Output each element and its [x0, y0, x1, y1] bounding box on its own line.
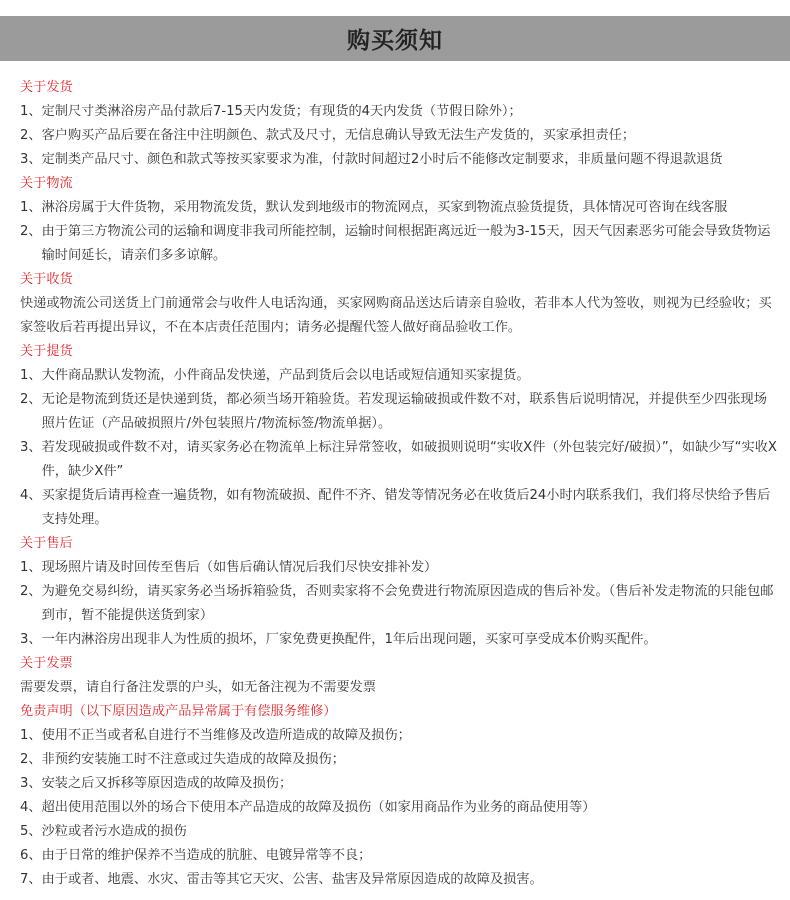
section-title: 关于物流: [20, 172, 780, 196]
item-number: 4、: [20, 484, 42, 532]
item-number: 3、: [20, 772, 42, 796]
list-item: 7、由于或者、地震、水灾、雷击等其它天灾、公害、盐害及异常原因造成的故障及损害。: [20, 868, 780, 892]
page-title: 购买须知: [347, 22, 443, 55]
list-item: 2、客户购买产品后要在备注中注明颜色、款式及尺寸，无信息确认导致无法生产发货的，…: [20, 124, 780, 148]
item-text: 无论是物流到货还是快递到货，都必须当场开箱验货。若发现运输破损或件数不对，联系售…: [42, 388, 780, 436]
section-title: 关于发货: [20, 76, 780, 100]
item-number: 2、: [20, 748, 42, 772]
section-title: 关于提货: [20, 340, 780, 364]
item-number: 7、: [20, 868, 42, 892]
section-title: 免责声明（以下原因造成产品异常属于有偿服务维修）: [20, 700, 780, 724]
section-title: 关于发票: [20, 652, 780, 676]
section-after-sales: 关于售后 1、现场照片请及时回传至售后（如售后确认情况后我们尽快安排补发） 2、…: [20, 532, 780, 652]
item-number: 2、: [20, 220, 42, 268]
item-number: 4、: [20, 796, 42, 820]
item-number: 5、: [20, 820, 42, 844]
section-pickup: 关于提货 1、大件商品默认发物流，小件商品发快递，产品到货后会以电话或短信通知买…: [20, 340, 780, 532]
item-number: 2、: [20, 388, 42, 436]
list-item: 3、定制类产品尺寸、颜色和款式等按买家要求为准，付款时间超过2小时后不能修改定制…: [20, 148, 780, 172]
list-item: 3、一年内淋浴房出现非人为性质的损坏，厂家免费更换配件，1年后出现问题，买家可享…: [20, 628, 780, 652]
item-number: 1、: [20, 724, 42, 748]
item-number: 3、: [20, 436, 42, 484]
list-item: 1、大件商品默认发物流，小件商品发快递，产品到货后会以电话或短信通知买家提货。: [20, 364, 780, 388]
item-text: 现场照片请及时回传至售后（如售后确认情况后我们尽快安排补发）: [42, 556, 780, 580]
section-title: 关于收货: [20, 268, 780, 292]
list-item: 4、超出使用范围以外的场合下使用本产品造成的故障及损伤（如家用商品作为业务的商品…: [20, 796, 780, 820]
item-text: 为避免交易纠纷，请买家务必当场拆箱验货，否则卖家将不会免费进行物流原因造成的售后…: [42, 580, 780, 628]
list-item: 2、由于第三方物流公司的运输和调度非我司所能控制，运输时间根据距离远近一般为3-…: [20, 220, 780, 268]
item-text: 由于日常的维护保养不当造成的肮脏、电镀异常等不良；: [42, 844, 780, 868]
item-text: 由于或者、地震、水灾、雷击等其它天灾、公害、盐害及异常原因造成的故障及损害。: [42, 868, 780, 892]
item-number: 1、: [20, 364, 42, 388]
item-text: 定制尺寸类淋浴房产品付款后7-15天内发货；有现货的4天内发货（节假日除外）；: [42, 100, 780, 124]
item-number: 1、: [20, 196, 42, 220]
item-number: 2、: [20, 580, 42, 628]
list-item: 3、若发现破损或件数不对，请买家务必在物流单上标注异常签收，如破损则说明“实收X…: [20, 436, 780, 484]
section-receiving: 关于收货 快递或物流公司送货上门前通常会与收件人电话沟通，买家网购商品送达后请亲…: [20, 268, 780, 340]
list-item: 1、定制尺寸类淋浴房产品付款后7-15天内发货；有现货的4天内发货（节假日除外）…: [20, 100, 780, 124]
title-banner: 购买须知: [0, 16, 790, 61]
list-item: 3、安装之后又拆移等原因造成的故障及损伤；: [20, 772, 780, 796]
item-number: 2、: [20, 124, 42, 148]
item-number: 3、: [20, 628, 42, 652]
list-item: 2、无论是物流到货还是快递到货，都必须当场开箱验货。若发现运输破损或件数不对，联…: [20, 388, 780, 436]
list-item: 6、由于日常的维护保养不当造成的肮脏、电镀异常等不良；: [20, 844, 780, 868]
item-text: 大件商品默认发物流，小件商品发快递，产品到货后会以电话或短信通知买家提货。: [42, 364, 780, 388]
section-paragraph: 快递或物流公司送货上门前通常会与收件人电话沟通，买家网购商品送达后请亲自验收，若…: [20, 292, 780, 340]
section-title: 关于售后: [20, 532, 780, 556]
item-number: 1、: [20, 100, 42, 124]
item-text: 淋浴房属于大件货物，采用物流发货，默认发到地级市的物流网点，买家到物流点验货提货…: [42, 196, 780, 220]
list-item: 5、沙粒或者污水造成的损伤: [20, 820, 780, 844]
item-text: 非预约安装施工时不注意或过失造成的故障及损伤；: [42, 748, 780, 772]
item-number: 1、: [20, 556, 42, 580]
list-item: 2、非预约安装施工时不注意或过失造成的故障及损伤；: [20, 748, 780, 772]
list-item: 1、淋浴房属于大件货物，采用物流发货，默认发到地级市的物流网点，买家到物流点验货…: [20, 196, 780, 220]
section-logistics: 关于物流 1、淋浴房属于大件货物，采用物流发货，默认发到地级市的物流网点，买家到…: [20, 172, 780, 268]
item-text: 买家提货后请再检查一遍货物，如有物流破损、配件不齐、错发等情况务必在收货后24小…: [42, 484, 780, 532]
item-text: 使用不正当或者私自进行不当维修及改造所造成的故障及损伤；: [42, 724, 780, 748]
list-item: 2、为避免交易纠纷，请买家务必当场拆箱验货，否则卖家将不会免费进行物流原因造成的…: [20, 580, 780, 628]
item-text: 若发现破损或件数不对，请买家务必在物流单上标注异常签收，如破损则说明“实收X件（…: [42, 436, 780, 484]
list-item: 4、买家提货后请再检查一遍货物，如有物流破损、配件不齐、错发等情况务必在收货后2…: [20, 484, 780, 532]
list-item: 1、现场照片请及时回传至售后（如售后确认情况后我们尽快安排补发）: [20, 556, 780, 580]
item-text: 客户购买产品后要在备注中注明颜色、款式及尺寸，无信息确认导致无法生产发货的，买家…: [42, 124, 780, 148]
list-item: 1、使用不正当或者私自进行不当维修及改造所造成的故障及损伤；: [20, 724, 780, 748]
item-number: 3、: [20, 148, 42, 172]
item-text: 安装之后又拆移等原因造成的故障及损伤；: [42, 772, 780, 796]
section-paragraph: 需要发票，请自行备注发票的户头，如无备注视为不需要发票: [20, 676, 780, 700]
item-number: 6、: [20, 844, 42, 868]
section-shipping: 关于发货 1、定制尺寸类淋浴房产品付款后7-15天内发货；有现货的4天内发货（节…: [20, 76, 780, 172]
item-text: 一年内淋浴房出现非人为性质的损坏，厂家免费更换配件，1年后出现问题，买家可享受成…: [42, 628, 780, 652]
section-disclaimer: 免责声明（以下原因造成产品异常属于有偿服务维修） 1、使用不正当或者私自进行不当…: [20, 700, 780, 892]
item-text: 沙粒或者污水造成的损伤: [42, 820, 780, 844]
item-text: 超出使用范围以外的场合下使用本产品造成的故障及损伤（如家用商品作为业务的商品使用…: [42, 796, 780, 820]
item-text: 定制类产品尺寸、颜色和款式等按买家要求为准，付款时间超过2小时后不能修改定制要求…: [42, 148, 780, 172]
item-text: 由于第三方物流公司的运输和调度非我司所能控制，运输时间根据距离远近一般为3-15…: [42, 220, 780, 268]
purchase-notice-content: 关于发货 1、定制尺寸类淋浴房产品付款后7-15天内发货；有现货的4天内发货（节…: [20, 76, 780, 892]
section-invoice: 关于发票 需要发票，请自行备注发票的户头，如无备注视为不需要发票: [20, 652, 780, 700]
